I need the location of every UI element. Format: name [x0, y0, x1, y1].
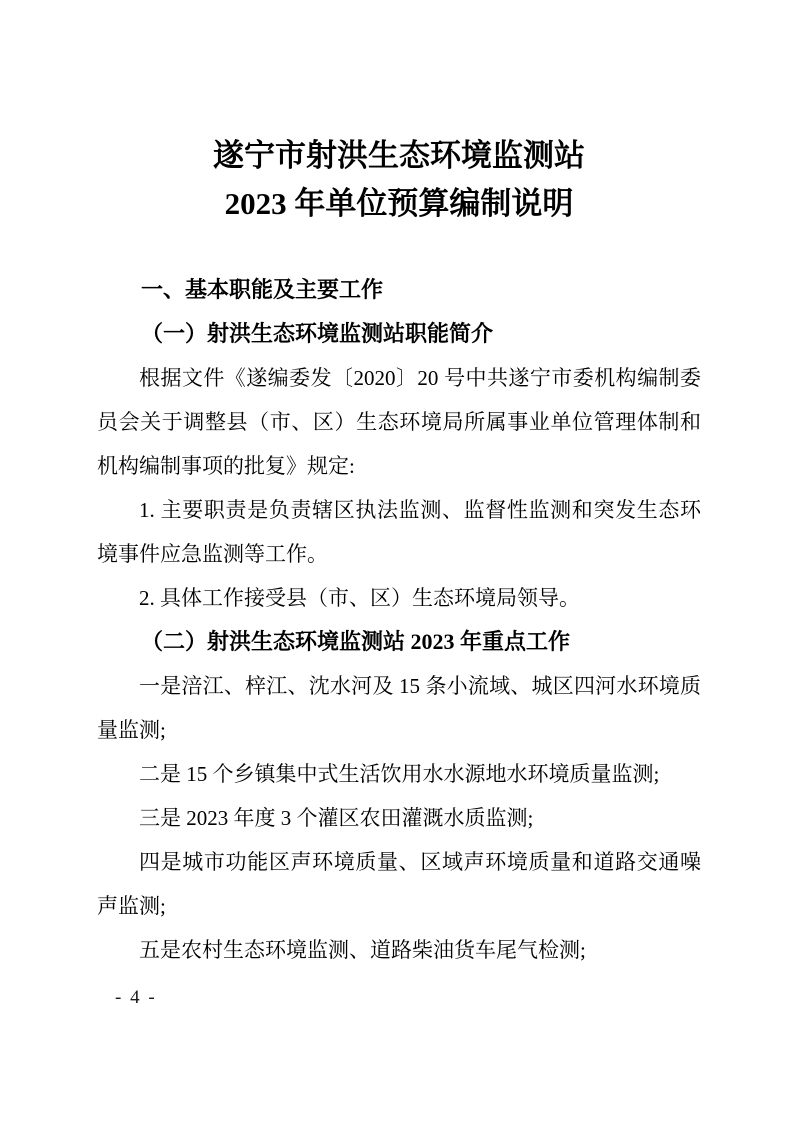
paragraph-duty-2: 2. 具体工作接受县（市、区）生态环境局领导。 [97, 576, 701, 620]
paragraph-key-work-3: 三是 2023 年度 3 个灌区农田灌溉水质监测; [97, 796, 701, 840]
paragraph-basis-document: 根据文件《遂编委发〔2020〕20 号中共遂宁市委机构编制委员会关于调整县（市、… [97, 356, 701, 488]
paragraph-key-work-2: 二是 15 个乡镇集中式生活饮用水水源地水环境质量监测; [97, 752, 701, 796]
section-heading-basic-functions: 一、基本职能及主要工作 [97, 268, 701, 312]
document-title: 遂宁市射洪生态环境监测站 2023 年单位预算编制说明 [97, 132, 701, 228]
subsection-heading-station-intro: （一）射洪生态环境监测站职能简介 [97, 312, 701, 356]
subsection-heading-key-work-2023: （二）射洪生态环境监测站 2023 年重点工作 [97, 620, 701, 664]
paragraph-duty-1: 1. 主要职责是负责辖区执法监测、监督性监测和突发生态环境事件应急监测等工作。 [97, 488, 701, 576]
paragraph-key-work-1: 一是涪江、梓江、沈水河及 15 条小流域、城区四河水环境质量监测; [97, 664, 701, 752]
page-number: - 4 - [115, 986, 157, 1010]
document-title-line-2: 2023 年单位预算编制说明 [97, 180, 701, 228]
paragraph-key-work-5: 五是农村生态环境监测、道路柴油货车尾气检测; [97, 928, 701, 972]
document-page: 遂宁市射洪生态环境监测站 2023 年单位预算编制说明 一、基本职能及主要工作 … [0, 0, 793, 1122]
paragraph-key-work-4: 四是城市功能区声环境质量、区域声环境质量和道路交通噪声监测; [97, 840, 701, 928]
document-title-line-1: 遂宁市射洪生态环境监测站 [97, 132, 701, 180]
